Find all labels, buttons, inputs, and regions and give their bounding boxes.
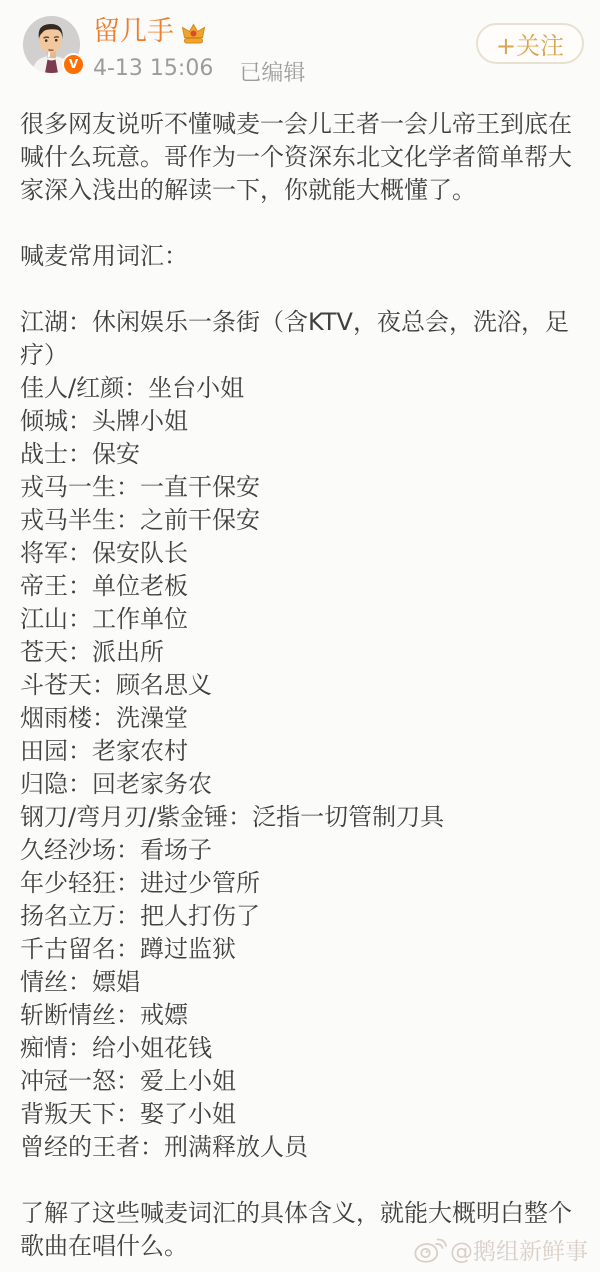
- post-content: 很多网友说听不懂喊麦一会儿王者一会儿帝王到底在喊什么玩意。哥作为一个资深东北文化…: [0, 96, 600, 1263]
- glossary-entry: 将军：保安队长: [20, 537, 584, 570]
- glossary-entry: 戎马一生：一直干保安: [20, 471, 584, 504]
- glossary-entry: 冲冠一怒：爱上小姐: [20, 1065, 584, 1098]
- glossary-entry: 久经沙场：看场子: [20, 834, 584, 867]
- glossary-entry: 苍天：派出所: [20, 636, 584, 669]
- glossary-entry: 田园：老家农村: [20, 735, 584, 768]
- intro-paragraph: 很多网友说听不懂喊麦一会儿王者一会儿帝王到底在喊什么玩意。哥作为一个资深东北文化…: [20, 108, 584, 207]
- glossary-entry: 痴情：给小姐花钱: [20, 1032, 584, 1065]
- glossary-entry: 帝王：单位老板: [20, 570, 584, 603]
- weibo-post-card: V 留几手 4-13 15:06 已编辑 +关注 很多网友说听不懂喊麦一会儿王者…: [0, 0, 600, 1272]
- glossary-entry: 江湖：休闲娱乐一条街（含KTV，夜总会，洗浴，足疗）: [20, 306, 584, 372]
- post-header: V 留几手 4-13 15:06 已编辑 +关注: [0, 16, 600, 96]
- section-title: 喊麦常用词汇：: [20, 240, 584, 273]
- glossary-entry: 倾城：头牌小姐: [20, 405, 584, 438]
- edited-label: 已编辑: [239, 56, 305, 87]
- glossary-entry: 情丝：嫖娼: [20, 966, 584, 999]
- username[interactable]: 留几手: [93, 17, 174, 47]
- glossary-entry: 钢刀/弯月刃/紫金锤：泛指一切管制刀具: [20, 801, 584, 834]
- post-time: 4-13 15:06: [93, 56, 213, 87]
- membership-crown-icon: [181, 23, 206, 45]
- glossary-entry: 烟雨楼：洗澡堂: [20, 702, 584, 735]
- glossary-entry: 江山：工作单位: [20, 603, 584, 636]
- verified-badge-icon: V: [62, 53, 85, 76]
- glossary-entry: 戎马半生：之前干保安: [20, 504, 584, 537]
- glossary-entry: 斩断情丝：戒嫖: [20, 999, 584, 1032]
- glossary-entry: 斗苍天：顾名思义: [20, 669, 584, 702]
- glossary-list: 江湖：休闲娱乐一条街（含KTV，夜总会，洗浴，足疗）佳人/红颜：坐台小姐倾城：头…: [20, 306, 584, 1164]
- follow-button[interactable]: +关注: [476, 23, 584, 64]
- glossary-entry: 归隐：回老家务农: [20, 768, 584, 801]
- watermark-text: @鹅组新鲜事: [450, 1233, 588, 1266]
- glossary-entry: 曾经的王者：刑满释放人员: [20, 1131, 584, 1164]
- glossary-entry: 年少轻狂：进过少管所: [20, 867, 584, 900]
- avatar[interactable]: V: [23, 16, 80, 73]
- weibo-logo-icon: [413, 1236, 447, 1264]
- glossary-entry: 千古留名：蹲过监狱: [20, 933, 584, 966]
- glossary-entry: 扬名立万：把人打伤了: [20, 900, 584, 933]
- glossary-entry: 佳人/红颜：坐台小姐: [20, 372, 584, 405]
- glossary-entry: 战士：保安: [20, 438, 584, 471]
- glossary-entry: 背叛天下：娶了小姐: [20, 1098, 584, 1131]
- watermark: @鹅组新鲜事: [413, 1233, 588, 1266]
